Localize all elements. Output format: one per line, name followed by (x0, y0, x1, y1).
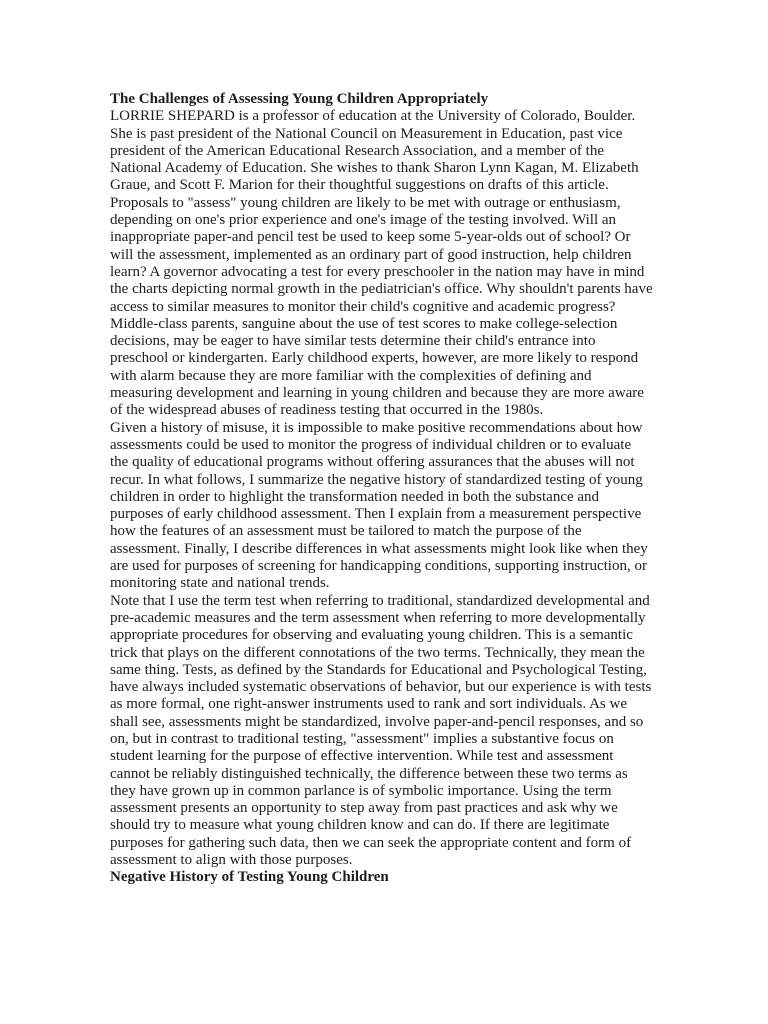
document-page: The Challenges of Assessing Young Childr… (110, 91, 653, 887)
paragraph-author-bio: LORRIE SHEPARD is a professor of educati… (110, 108, 653, 194)
paragraph-history-of-misuse: Given a history of misuse, it is impossi… (110, 420, 653, 593)
paragraph-test-vs-assessment: Note that I use the term test when refer… (110, 593, 653, 870)
document-title: The Challenges of Assessing Young Childr… (110, 91, 653, 108)
section-heading: Negative History of Testing Young Childr… (110, 869, 653, 886)
paragraph-middle-class-parents: Middle-class parents, sanguine about the… (110, 316, 653, 420)
paragraph-proposals: Proposals to "assess" young children are… (110, 195, 653, 316)
